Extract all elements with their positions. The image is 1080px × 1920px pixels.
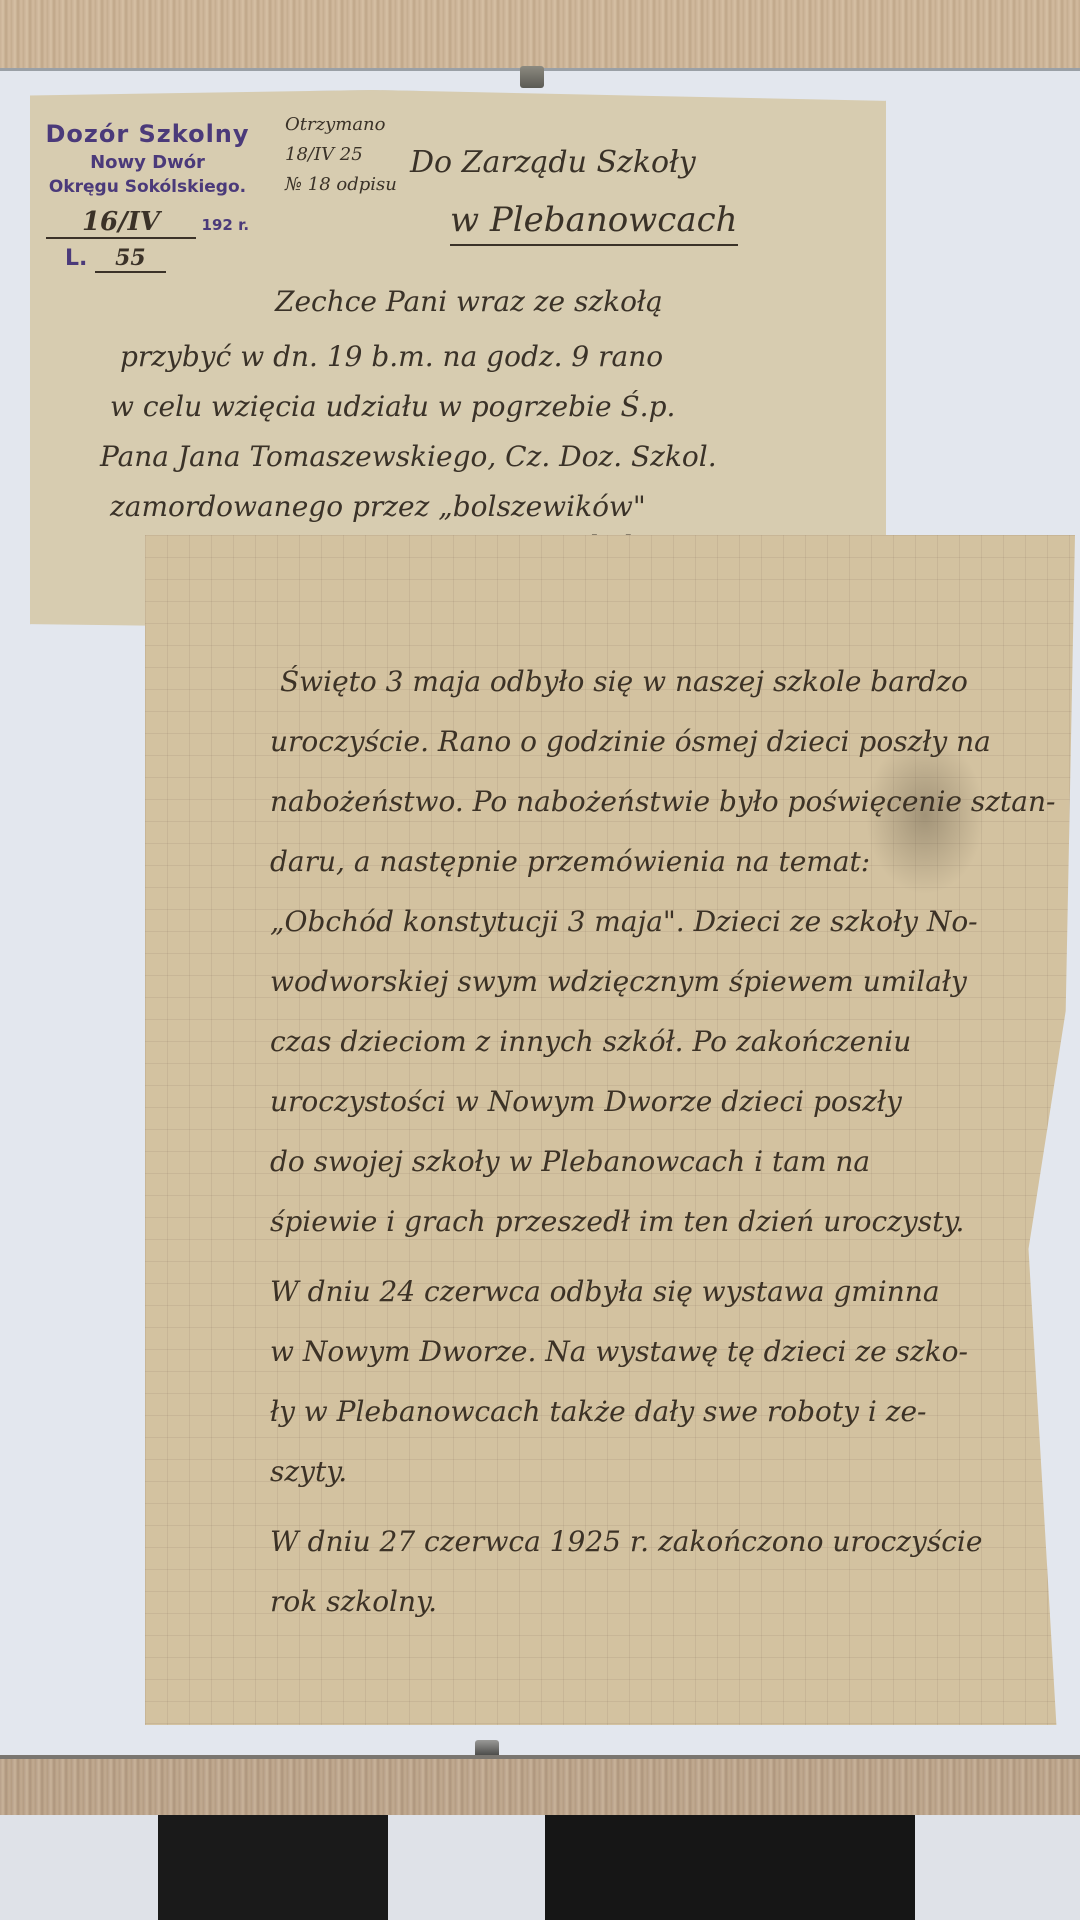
page-line: W dniu 27 czerwca 1925 r. zakończono uro… <box>270 1525 982 1558</box>
page-line: „Obchód konstytucji 3 maja". Dzieci ze s… <box>270 905 978 938</box>
letter-line: Pana Jana Tomaszewskiego, Cz. Doz. Szkol… <box>100 440 717 473</box>
page-line: śpiewie i grach przeszedł im ten dzień u… <box>270 1205 964 1238</box>
page-line: szyty. <box>270 1455 347 1488</box>
received-label: Otrzymano <box>285 110 397 140</box>
wooden-wall-top <box>0 0 1080 70</box>
wooden-shelf-bottom <box>0 1755 1080 1819</box>
letter-line: Zechce Pani wraz ze szkołą <box>275 285 663 318</box>
page-line: ły w Plebanowcach także dały swe roboty … <box>270 1395 926 1428</box>
page-line: Święto 3 maja odbyło się w naszej szkole… <box>280 665 968 698</box>
office-stamp: Dozór Szkolny Nowy Dwór Okręgu Sokólskie… <box>30 120 265 271</box>
received-note: Otrzymano 18/IV 25 № 18 odpisu <box>285 110 397 200</box>
stamp-line1: Dozór Szkolny <box>30 120 265 148</box>
received-number: № 18 odpisu <box>285 170 397 200</box>
page-line: w Nowym Dworze. Na wystawę tę dzieci ze … <box>270 1335 968 1368</box>
frame-clip-top <box>520 66 544 88</box>
address-line1: Do Zarządu Szkoły <box>410 145 696 180</box>
page-line: uroczyście. Rano o godzinie ósmej dzieci… <box>270 725 991 758</box>
chronicle-page: Święto 3 maja odbyło się w naszej szkole… <box>145 535 1075 1725</box>
letter-line: w celu wzięcia udziału w pogrzebie Ś.p. <box>110 390 675 423</box>
page-line: W dniu 24 czerwca odbyła się wystawa gmi… <box>270 1275 940 1308</box>
stamp-line2: Nowy Dwór <box>30 152 265 173</box>
stamp-year: 192 r. <box>202 216 250 234</box>
page-line: nabożeństwo. Po nabożeństwie było poświę… <box>270 785 1055 818</box>
shoe-left <box>158 1815 388 1920</box>
stamp-number: 55 <box>95 245 166 273</box>
page-line: czas dzieciom z innych szkół. Po zakończ… <box>270 1025 911 1058</box>
address-line2: w Plebanowcach <box>450 200 738 246</box>
page-line: rok szkolny. <box>270 1585 437 1618</box>
page-line: daru, a następnie przemówienia na temat: <box>270 845 870 878</box>
page-line: uroczystości w Nowym Dworze dzieci poszł… <box>270 1085 902 1118</box>
received-date: 18/IV 25 <box>285 140 397 170</box>
stamp-date: 16/IV <box>46 207 196 239</box>
page-line: wodworskiej swym wdzięcznym śpiewem umil… <box>270 965 967 998</box>
letter-line: przybyć w dn. 19 b.m. na godz. 9 rano <box>120 340 663 373</box>
letter-line: zamordowanego przez „bolszewików" <box>110 490 646 523</box>
number-label: L. <box>65 246 87 271</box>
shoe-right <box>545 1815 915 1920</box>
stamp-line3: Okręgu Sokólskiego. <box>30 177 265 197</box>
page-line: do swojej szkoły w Plebanowcach i tam na <box>270 1145 870 1178</box>
